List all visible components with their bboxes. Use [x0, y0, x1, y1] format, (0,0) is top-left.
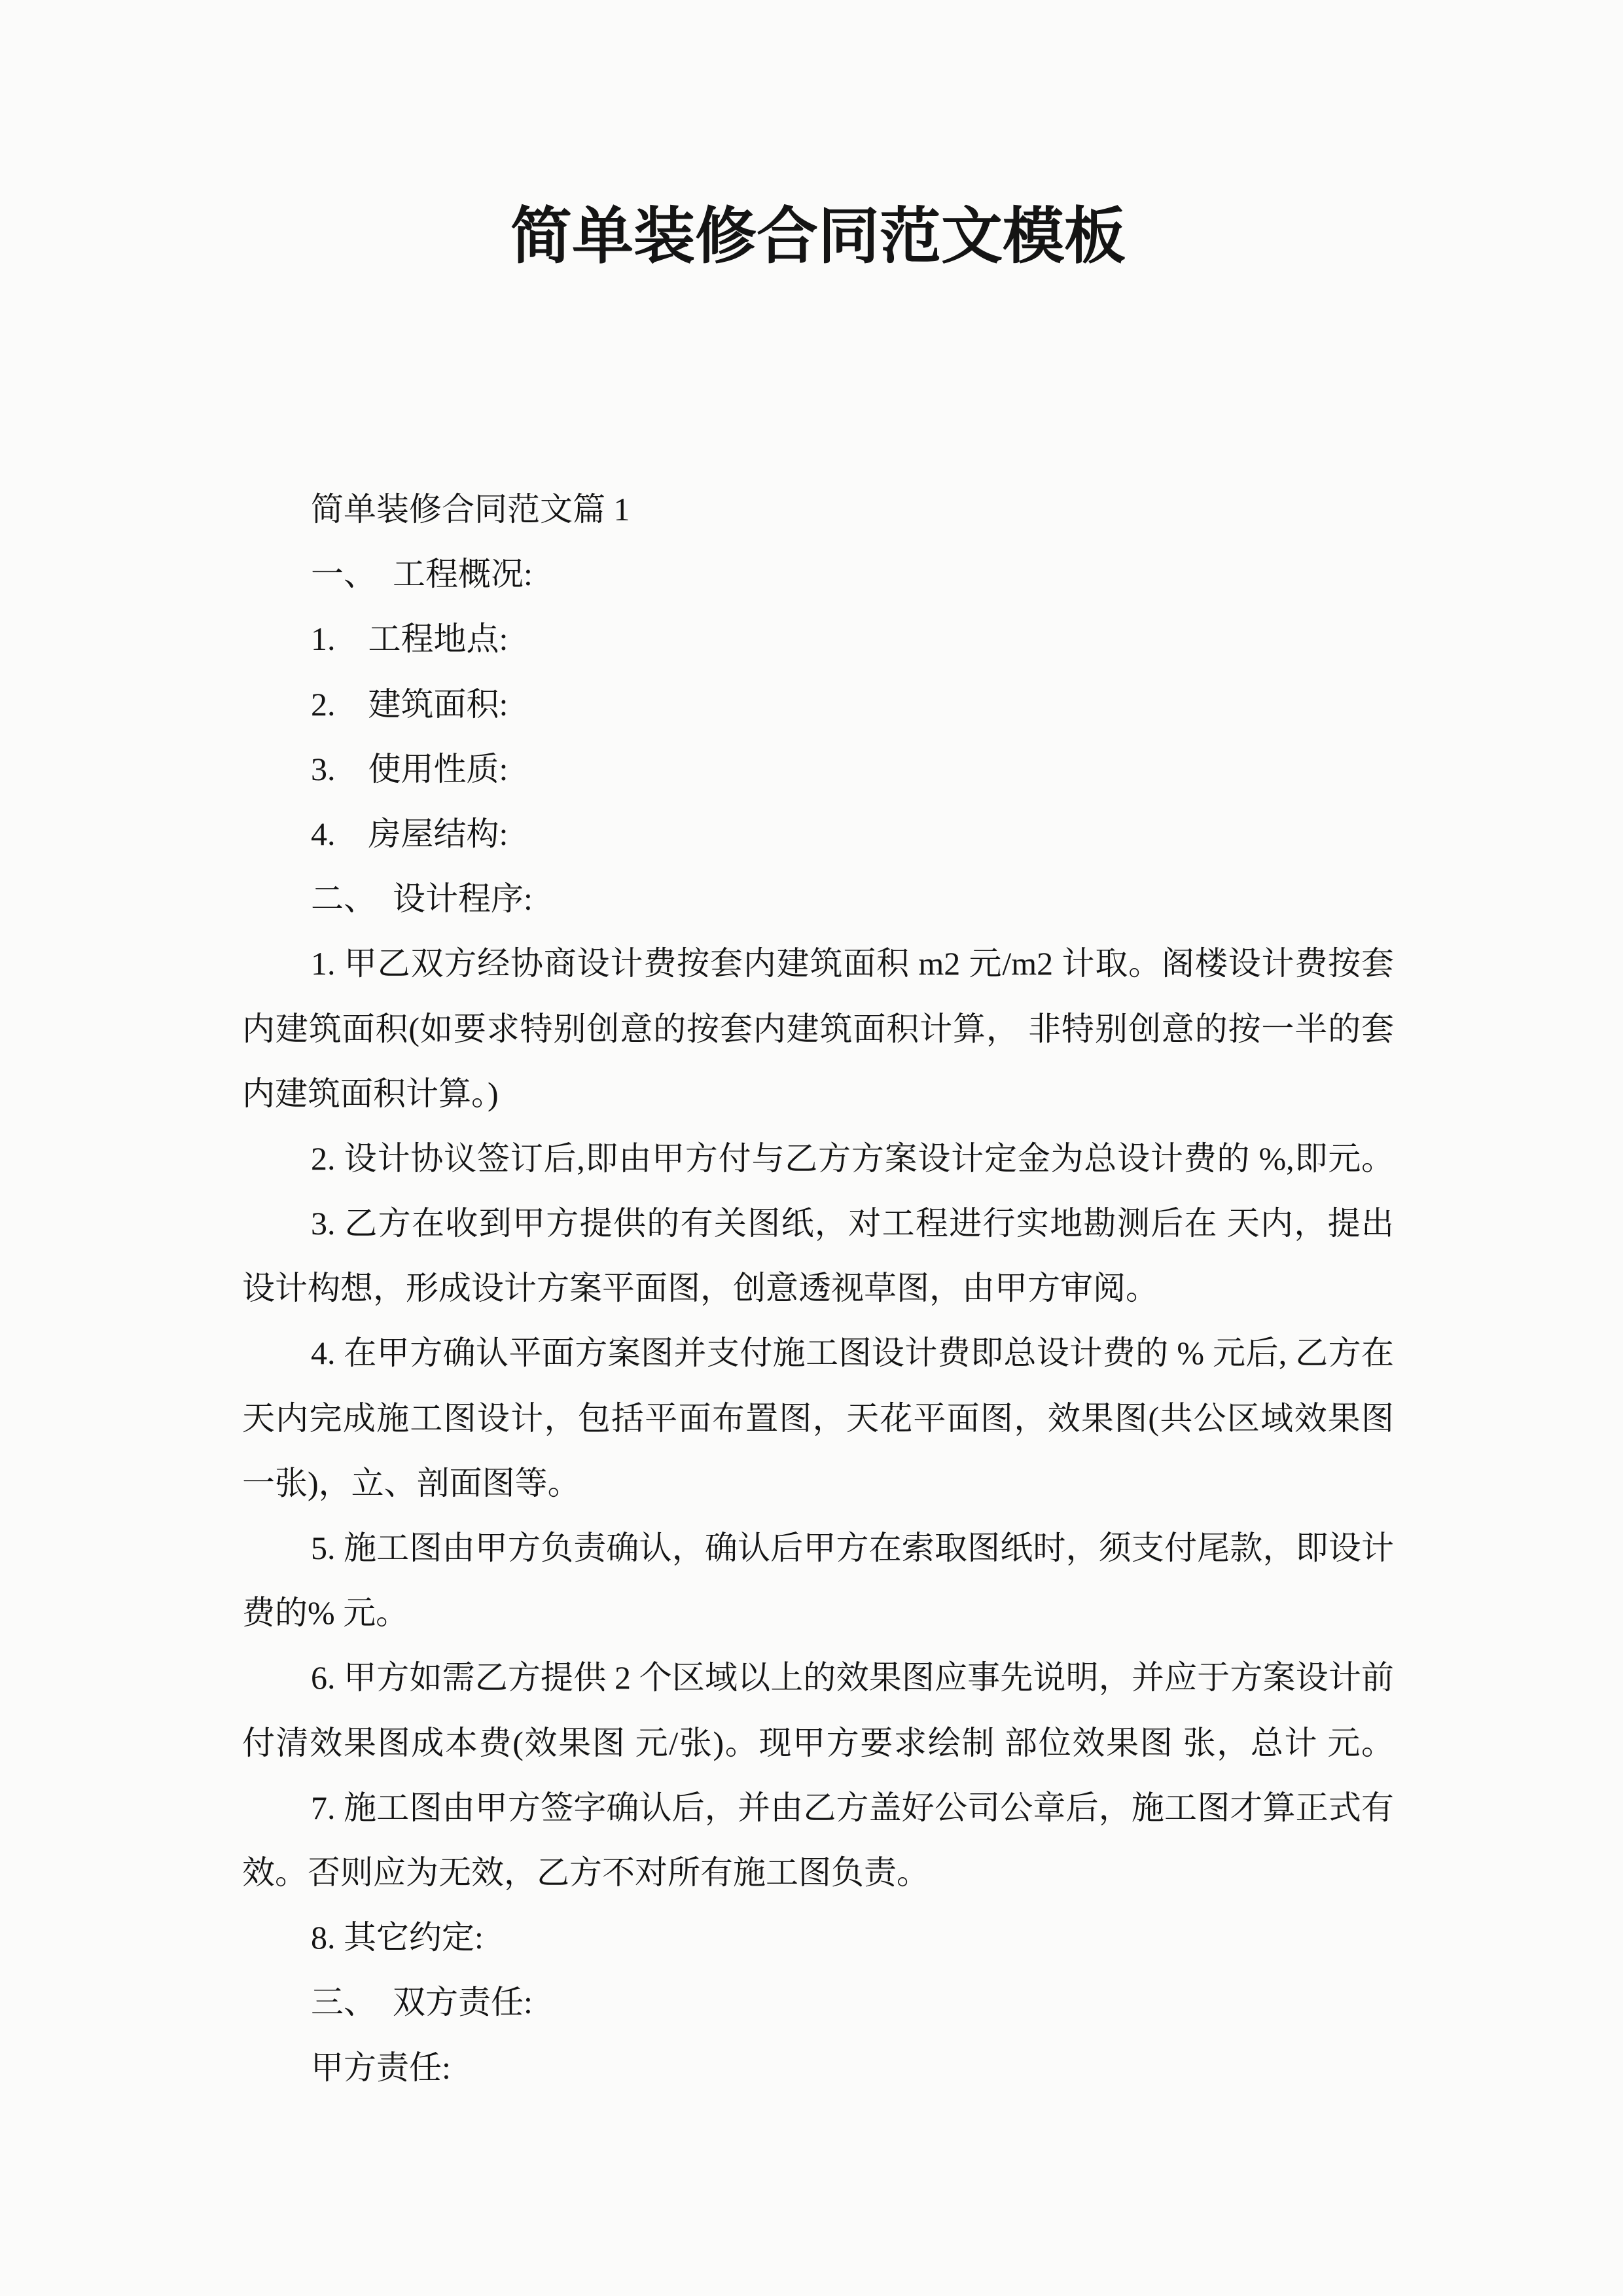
- page-title: 简单装修合同范文模板: [242, 200, 1394, 275]
- body-line: 设计构想，形成设计方案平面图，创意透视草图，由甲方审阅。: [242, 1256, 1394, 1321]
- body-line: 2. 设计协议签订后,即由甲方付与乙方方案设计定金为总设计费的 %,即元。: [242, 1126, 1394, 1191]
- body-line: 8. 其它约定:: [242, 1905, 1394, 1970]
- body-line: 3. 乙方在收到甲方提供的有关图纸，对工程进行实地勘测后在 天内，提出: [242, 1191, 1394, 1256]
- body-line: 1. 工程地点:: [242, 607, 1394, 672]
- body-line: 二、 设计程序:: [242, 867, 1394, 931]
- body-line: 一、 工程概况:: [242, 542, 1394, 607]
- body-line: 一张)，立、剖面图等。: [242, 1451, 1394, 1516]
- body-line: 3. 使用性质:: [242, 737, 1394, 802]
- body-line: 4. 在甲方确认平面方案图并支付施工图设计费即总设计费的 % 元后, 乙方在: [242, 1321, 1394, 1386]
- body-line: 效。否则应为无效，乙方不对所有施工图负责。: [242, 1840, 1394, 1905]
- body-line: 6. 甲方如需乙方提供 2 个区域以上的效果图应事先说明，并应于方案设计前: [242, 1645, 1394, 1710]
- body-line: 天内完成施工图设计，包括平面布置图，天花平面图，效果图(共公区域效果图: [242, 1386, 1394, 1451]
- body-line: 付清效果图成本费(效果图 元/张)。现甲方要求绘制 部位效果图 张，总计 元。: [242, 1711, 1394, 1776]
- document-body: 简单装修合同范文篇 1一、 工程概况:1. 工程地点:2. 建筑面积:3. 使用…: [242, 477, 1394, 2100]
- body-line: 4. 房屋结构:: [242, 802, 1394, 867]
- body-line: 三、 双方责任:: [242, 1970, 1394, 2035]
- body-line: 内建筑面积(如要求特别创意的按套内建筑面积计算， 非特别创意的按一半的套: [242, 997, 1394, 1062]
- body-line: 5. 施工图由甲方负责确认，确认后甲方在索取图纸时，须支付尾款，即设计: [242, 1516, 1394, 1581]
- body-line: 内建筑面积计算。): [242, 1062, 1394, 1126]
- body-line: 简单装修合同范文篇 1: [242, 477, 1394, 542]
- body-line: 1. 甲乙双方经协商设计费按套内建筑面积 m2 元/m2 计取。阁楼设计费按套: [242, 931, 1394, 996]
- body-line: 7. 施工图由甲方签字确认后，并由乙方盖好公司公章后，施工图才算正式有: [242, 1776, 1394, 1840]
- body-line: 费的% 元。: [242, 1581, 1394, 1645]
- body-line: 甲方责任:: [242, 2036, 1394, 2100]
- document-page: 简单装修合同范文模板 简单装修合同范文篇 1一、 工程概况:1. 工程地点:2.…: [0, 0, 1623, 2296]
- body-line: 2. 建筑面积:: [242, 672, 1394, 737]
